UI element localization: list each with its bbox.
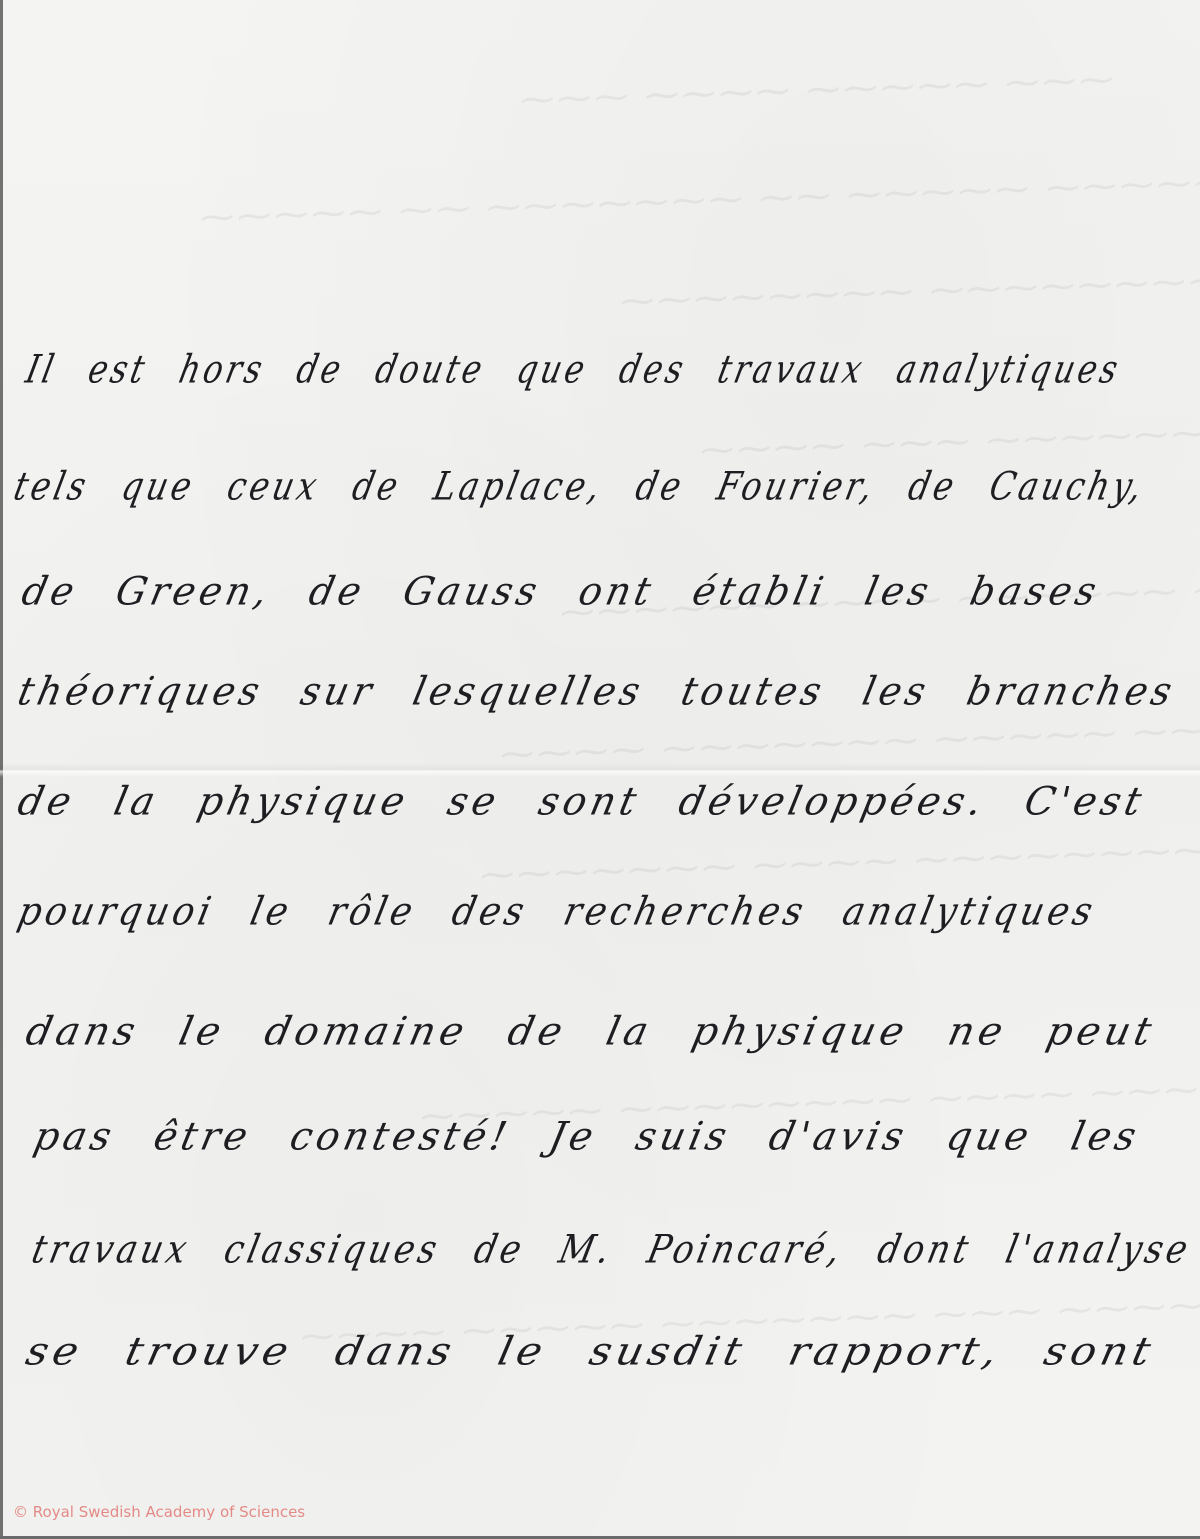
bleed-through-text: ⁓⁓⁓⁓⁓⁓⁓ ⁓⁓⁓⁓ ⁓⁓⁓⁓⁓⁓⁓⁓ ⁓⁓⁓⁓ xyxy=(480,824,1200,895)
handwritten-line: de Green, de Gauss ont établi les bases xyxy=(18,568,1104,614)
handwritten-line: théoriques sur lesquelles toutes les bra… xyxy=(14,668,1180,714)
handwritten-line: se trouve dans le susdit rapport, sont xyxy=(22,1328,1159,1374)
handwritten-line: Il est hors de doute que des travaux ana… xyxy=(22,346,1125,392)
bleed-through-text: ⁓⁓⁓⁓ ⁓⁓⁓ ⁓⁓⁓⁓⁓⁓⁓⁓⁓ xyxy=(699,409,1200,471)
handwritten-line: pas être contesté! Je suis d'avis que le… xyxy=(30,1113,1144,1159)
handwritten-line: dans le domaine de la physique ne peut xyxy=(22,1008,1160,1054)
handwritten-line: de la physique se sont développées. C'es… xyxy=(14,778,1150,824)
handwritten-line: pourquoi le rôle des recherches analytiq… xyxy=(14,888,1101,934)
bleed-through-text: ⁓⁓⁓ ⁓⁓⁓⁓ ⁓⁓⁓⁓⁓ ⁓⁓⁓ xyxy=(519,60,1116,121)
bleed-through-text: ⁓⁓⁓⁓⁓ ⁓⁓ ⁓⁓⁓⁓⁓⁓⁓ ⁓⁓ ⁓⁓⁓⁓⁓ ⁓⁓⁓⁓⁓ xyxy=(200,162,1200,238)
bleed-through-text: ⁓⁓⁓⁓⁓⁓⁓⁓ ⁓⁓⁓⁓⁓⁓⁓⁓⁓⁓ xyxy=(620,258,1200,322)
handwritten-line: tels que ceux de Laplace, de Fourier, de… xyxy=(10,463,1150,509)
handwritten-line: travaux classiques de M. Poincaré, dont … xyxy=(28,1226,1196,1272)
copyright-notice: © Royal Swedish Academy of Sciences xyxy=(13,1503,305,1521)
paper-fold-crease xyxy=(0,763,1200,777)
letter-page: ⁓⁓⁓ ⁓⁓⁓⁓ ⁓⁓⁓⁓⁓ ⁓⁓⁓ ⁓⁓⁓⁓⁓ ⁓⁓ ⁓⁓⁓⁓⁓⁓⁓ ⁓⁓ ⁓… xyxy=(0,0,1200,1539)
